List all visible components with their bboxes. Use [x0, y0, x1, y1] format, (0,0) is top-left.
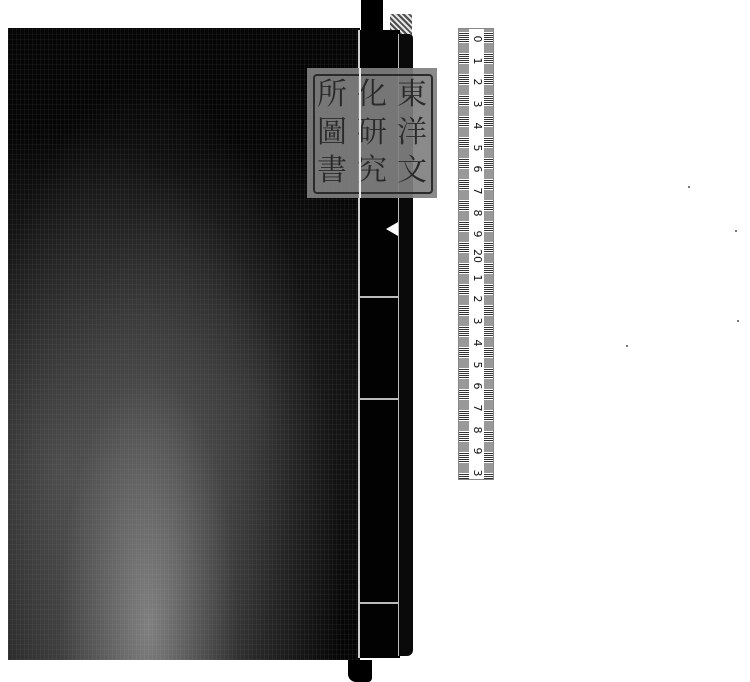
binding-stitch [360, 296, 398, 298]
measuring-ruler: 0123456789201234567893 [458, 28, 494, 480]
seal-char: 書 [317, 154, 347, 188]
ruler-label: 7 [471, 184, 483, 198]
scan-speck [626, 345, 628, 347]
ruler-label: 20 [471, 249, 483, 263]
ruler-label: 9 [471, 444, 483, 458]
seal-char: 洋 [397, 116, 427, 150]
ruler-ticks-right [484, 29, 493, 479]
ruler-label: 1 [471, 54, 483, 68]
bookmark-tab-top [361, 0, 383, 32]
bookmark-tab-bottom [348, 660, 372, 682]
ruler-label: 5 [471, 141, 483, 155]
seal-char: 究 [357, 154, 387, 188]
ruler-label: 5 [471, 358, 483, 372]
seal-char: 文 [397, 154, 427, 188]
ruler-label: 3 [471, 314, 483, 328]
ruler-label: 0 [471, 32, 483, 46]
binding-stitch [360, 398, 398, 400]
seal-column-left: 所 圖 書 [313, 78, 351, 188]
seal-char: 研 [357, 116, 387, 150]
ruler-label: 2 [471, 292, 483, 306]
binding-stitch [360, 602, 398, 604]
ruler-label: 4 [471, 336, 483, 350]
ruler-label: 8 [471, 206, 483, 220]
scan-speck [735, 230, 737, 232]
seal-char: 化 [357, 78, 387, 112]
ruler-label: 6 [471, 162, 483, 176]
ruler-label: 7 [471, 401, 483, 415]
scan-speck [688, 186, 690, 188]
ruler-label: 8 [471, 423, 483, 437]
ruler-ticks-left [459, 29, 469, 479]
scan-speck [737, 320, 739, 322]
seal-char: 東 [397, 78, 427, 112]
ruler-label: 1 [471, 271, 483, 285]
spine-notch [386, 222, 398, 236]
seal-char: 所 [317, 78, 347, 112]
library-seal: 所 圖 書 化 研 究 東 洋 文 [307, 68, 437, 198]
ruler-label: 6 [471, 379, 483, 393]
ruler-label: 9 [471, 227, 483, 241]
ruler-label: 3 [471, 466, 483, 480]
ruler-label: 4 [471, 119, 483, 133]
ruler-label: 3 [471, 97, 483, 111]
seal-char: 圖 [317, 116, 347, 150]
ruler-label: 2 [471, 75, 483, 89]
seal-column-right: 東 洋 文 [393, 78, 431, 188]
spine-line-over-seal [359, 68, 361, 198]
